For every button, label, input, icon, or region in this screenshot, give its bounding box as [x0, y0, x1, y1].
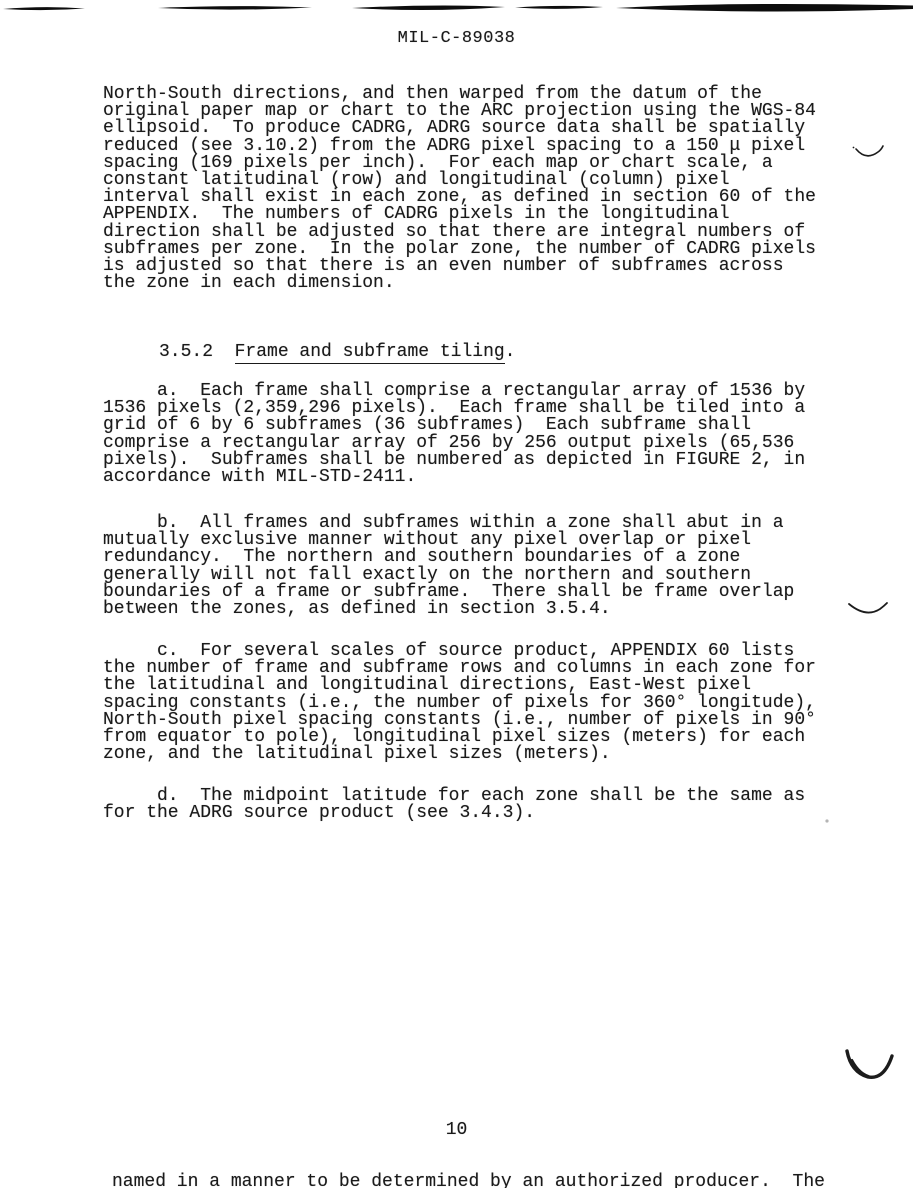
section-heading-period: . — [505, 342, 516, 362]
paragraph-a: a. Each frame shall comprise a rectangul… — [103, 383, 805, 486]
paragraph-c: c. For several scales of source product,… — [103, 643, 816, 763]
top-edge-streaks-icon — [3, 4, 913, 12]
document-page: MIL-C-89038 North-South directions, and … — [0, 0, 913, 1188]
paragraph-intro: North-South directions, and then warped … — [103, 86, 816, 292]
page-number: 10 — [0, 1120, 913, 1140]
clipped-bottom-line: named in a manner to be determined by an… — [112, 1174, 825, 1188]
document-id-header: MIL-C-89038 — [0, 29, 913, 48]
paragraph-d: d. The midpoint latitude for each zone s… — [103, 788, 805, 822]
section-heading: 3.5.2 Frame and subframe tiling. — [159, 344, 515, 361]
paragraph-b: b. All frames and subframes within a zon… — [103, 515, 794, 618]
section-title: Frame and subframe tiling — [235, 342, 505, 364]
faint-dot-icon — [825, 819, 828, 822]
section-heading-gap — [213, 342, 235, 362]
section-number: 3.5.2 — [159, 342, 213, 362]
margin-arc-marks-icon — [847, 146, 892, 1077]
